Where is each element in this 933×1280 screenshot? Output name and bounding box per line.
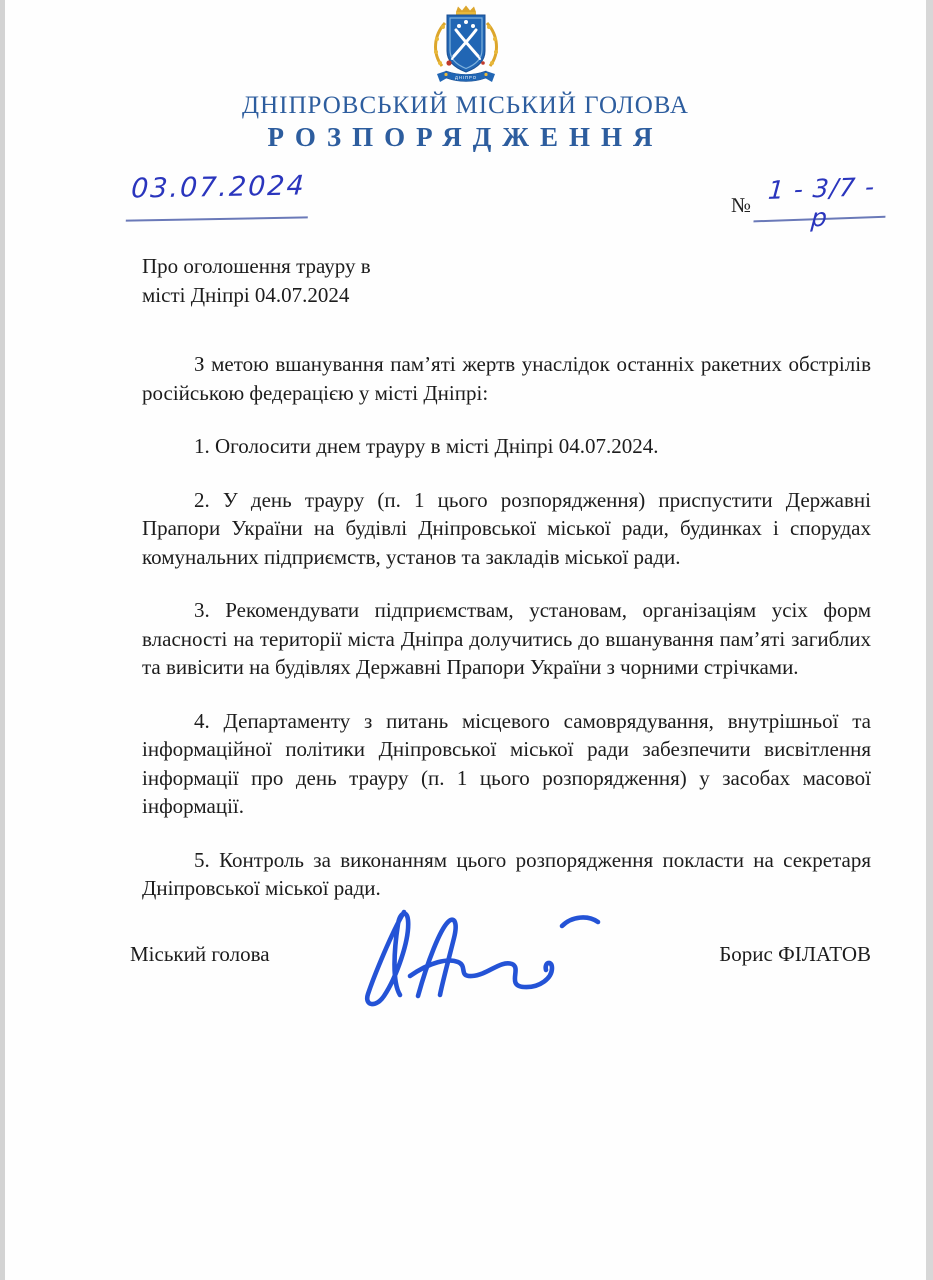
city-emblem: ДНІПРО (416, 5, 516, 87)
signature-icon (340, 898, 612, 1016)
ordinance-item-3: 3. Рекомендувати підприємствам, установа… (142, 596, 871, 682)
subject-line-1: Про оголошення трауру в (142, 252, 371, 281)
registration-number-group: № 1 - 3/7 - р (731, 172, 887, 220)
scanned-ordinance-document: ДНІПРО ДНІПРОВСЬКИЙ МІСЬКИЙ ГОЛОВА РОЗПО… (0, 0, 933, 1280)
number-sign-label: № (731, 193, 751, 220)
ordinance-item-1: 1. Оголосити днем трауру в місті Дніпрі … (142, 432, 871, 461)
coat-of-arms-icon: ДНІПРО (416, 5, 516, 87)
authority-title: ДНІПРОВСЬКИЙ МІСЬКИЙ ГОЛОВА (5, 92, 926, 120)
ordinance-item-5: 5. Контроль за виконанням цього розпоряд… (142, 846, 871, 903)
document-type-title: РОЗПОРЯДЖЕННЯ (5, 122, 926, 153)
ordinance-item-2: 2. У день трауру (п. 1 цього розпоряджен… (142, 486, 871, 572)
handwritten-number: 1 - 3/7 - р (753, 172, 888, 223)
ordinance-body: З метою вшанування пам’яті жертв унаслід… (142, 350, 871, 928)
signer-name: Борис ФІЛАТОВ (719, 942, 871, 967)
subject-block: Про оголошення трауру в місті Дніпрі 04.… (142, 252, 371, 310)
signer-position-title: Міський голова (130, 942, 270, 967)
handwritten-date: 03.07.2024 (126, 170, 310, 221)
subject-line-2: місті Дніпрі 04.07.2024 (142, 281, 371, 310)
preamble-paragraph: З метою вшанування пам’яті жертв унаслід… (142, 350, 871, 407)
ordinance-item-4: 4. Департаменту з питань місцевого самов… (142, 707, 871, 821)
handwritten-signature (340, 898, 612, 1016)
emblem-ribbon-text: ДНІПРО (455, 75, 477, 80)
